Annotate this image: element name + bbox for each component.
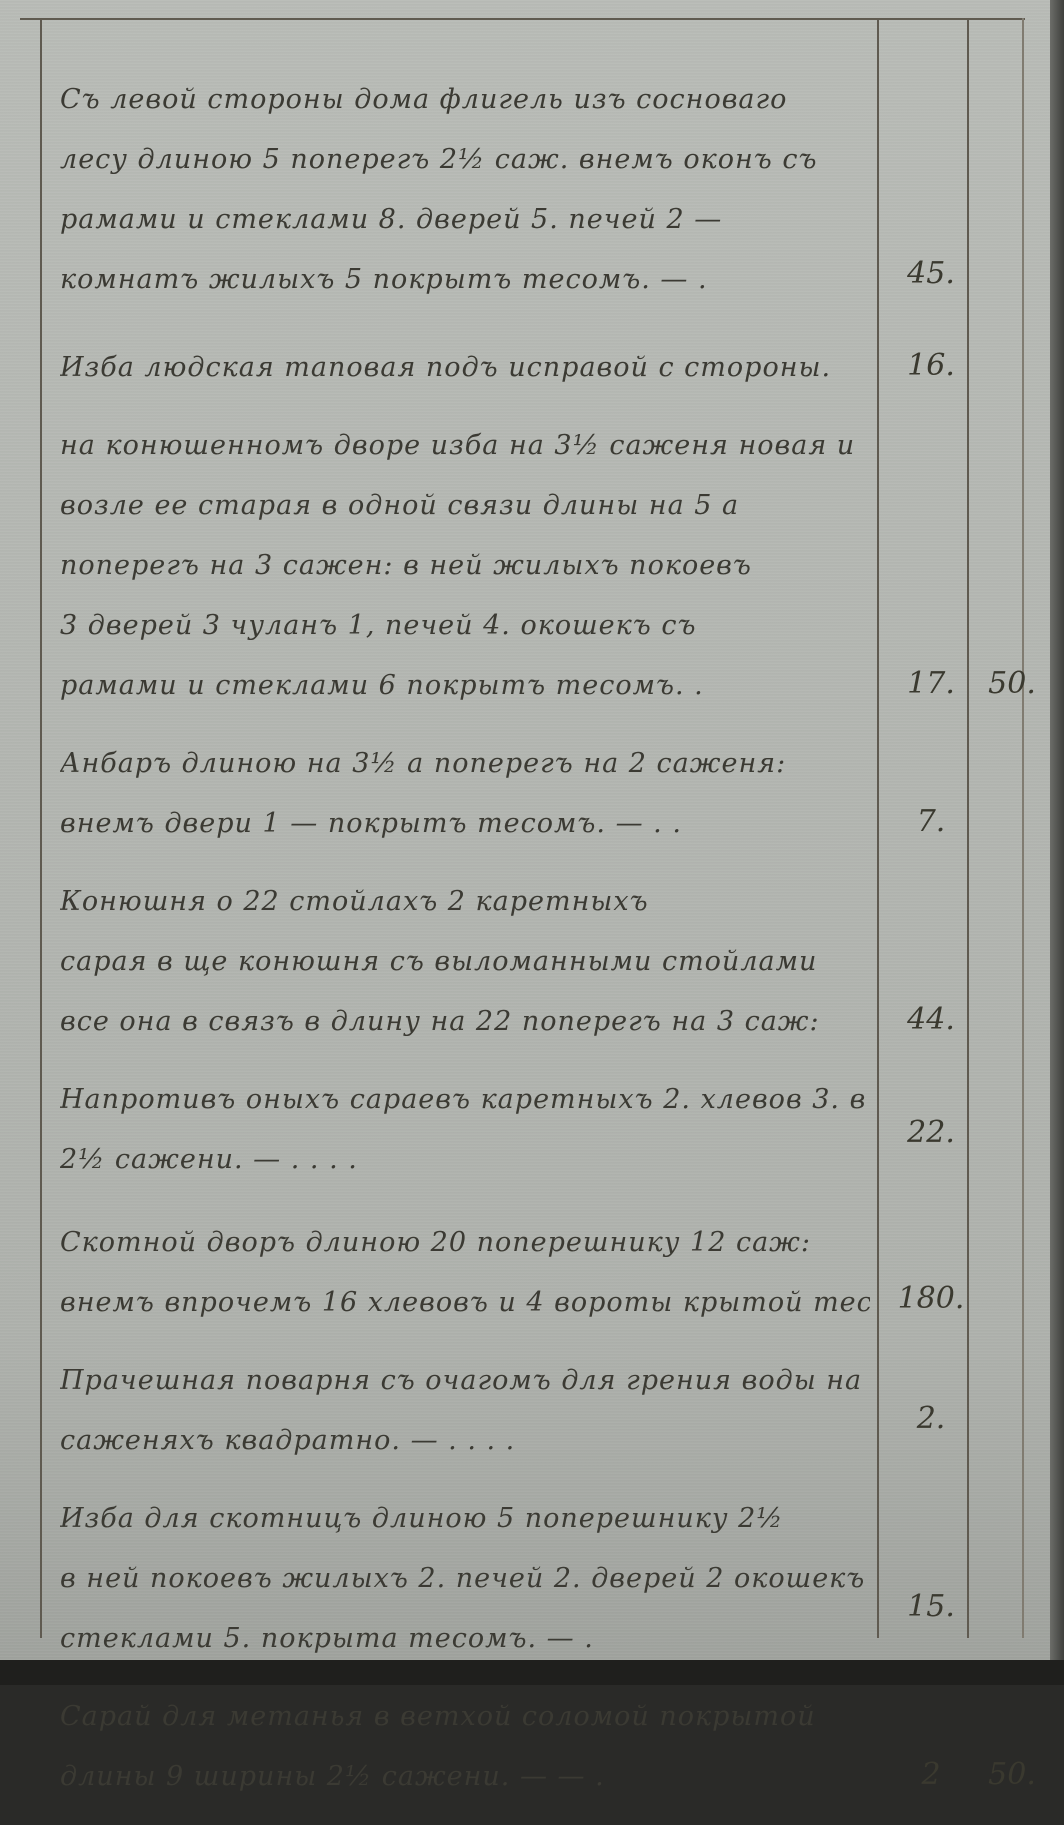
ledger-entry: Анбаръ длиною на 3½ а поперегъ на 2 саже… [60,734,1020,854]
kopecks-amount: 50. [982,666,1042,701]
ledger-page: Съ левой стороны дома флигель изъ соснов… [0,0,1052,1660]
entry-text-line: в ней покоевъ жилыхъ 2. печей 2. дверей … [60,1549,870,1609]
entry-text-line: Напротивъ оныхъ сараевъ каретныхъ 2. хле… [60,1070,870,1130]
entry-text-line: рамами и стеклами 8. дверей 5. печей 2 — [60,190,870,250]
left-margin-line [40,18,42,1638]
scan-bottom-edge [0,1660,1064,1685]
book-spine-edge [1050,0,1064,1685]
right-margin-line [1022,18,1024,1638]
entry-text-line: внемъ впрочемъ 16 хлевовъ и 4 вороты кры… [60,1273,870,1333]
entry-text-line: сарая в ще конюшня съ выломанными стойла… [60,932,870,992]
ledger-entry: на конюшенномъ дворе изба на 3½ саженя н… [60,416,1020,716]
entry-text-line: Анбаръ длиною на 3½ а поперегъ на 2 саже… [60,734,870,794]
ledger-entry: Скотной дворъ длиною 20 поперешнику 12 с… [60,1213,1020,1333]
ledger-entry: Изба для скотницъ длиною 5 поперешнику 2… [60,1489,1020,1669]
rubles-amount: 45. [896,256,966,291]
entry-text-line: Конюшня о 22 стойлахъ 2 каретныхъ [60,872,870,932]
rubles-amount: 22. [896,1115,966,1150]
rubles-amount: 180. [896,1281,966,1316]
entry-text-line: поперегъ на 3 сажен: в ней жилыхъ покоев… [60,536,870,596]
rubles-amount: 44. [896,1002,966,1037]
entry-text-line: внемъ двери 1 — покрытъ тесомъ. — . . [60,794,870,854]
entry-text-line: саженяхъ квадратно. — . . . . [60,1411,870,1471]
entry-text-line: все она в связъ в длину на 22 поперегъ н… [60,992,870,1052]
ledger-entry: Прачешная поварня съ очагомъ для грения … [60,1351,1020,1471]
entry-text-line: Скотной дворъ длиною 20 поперешнику 12 с… [60,1213,870,1273]
ledger-entries: Съ левой стороны дома флигель изъ соснов… [60,70,1020,1685]
entry-text-line: 3 дверей 3 чуланъ 1, печей 4. окошекъ съ [60,596,870,656]
entry-text-line: рамами и стеклами 6 покрытъ тесомъ. . [60,656,870,716]
entry-text-line: комнатъ жилыхъ 5 покрытъ тесомъ. — . [60,250,870,310]
ledger-entry: Конюшня о 22 стойлахъ 2 каретныхъ сарая … [60,872,1020,1052]
entry-text-line: 2½ сажени. — . . . . [60,1130,870,1190]
entry-text-line: Изба людская таповая подъ исправой с сто… [60,338,870,398]
rubles-amount: 2. [896,1401,966,1436]
entry-text-line: лесу длиною 5 поперегъ 2½ саж. внемъ око… [60,130,870,190]
ledger-entry: Изба людская таповая подъ исправой с сто… [60,338,1020,398]
rubles-amount: 16. [896,348,966,383]
rubles-amount: 15. [896,1589,966,1624]
top-ruling-line [20,18,1025,20]
rubles-amount: 7. [896,804,966,839]
rubles-amount: 17. [896,666,966,701]
entry-text-line: Съ левой стороны дома флигель изъ соснов… [60,70,870,130]
ledger-entry: Напротивъ оныхъ сараевъ каретныхъ 2. хле… [60,1070,1020,1195]
entry-text-line: Изба для скотницъ длиною 5 поперешнику 2… [60,1489,870,1549]
ledger-entry: Съ левой стороны дома флигель изъ соснов… [60,70,1020,320]
entry-text-line: возле ее старая в одной связи длины на 5… [60,476,870,536]
entry-text-line: Прачешная поварня съ очагомъ для грения … [60,1351,870,1411]
entry-text-line: на конюшенномъ дворе изба на 3½ саженя н… [60,416,870,476]
